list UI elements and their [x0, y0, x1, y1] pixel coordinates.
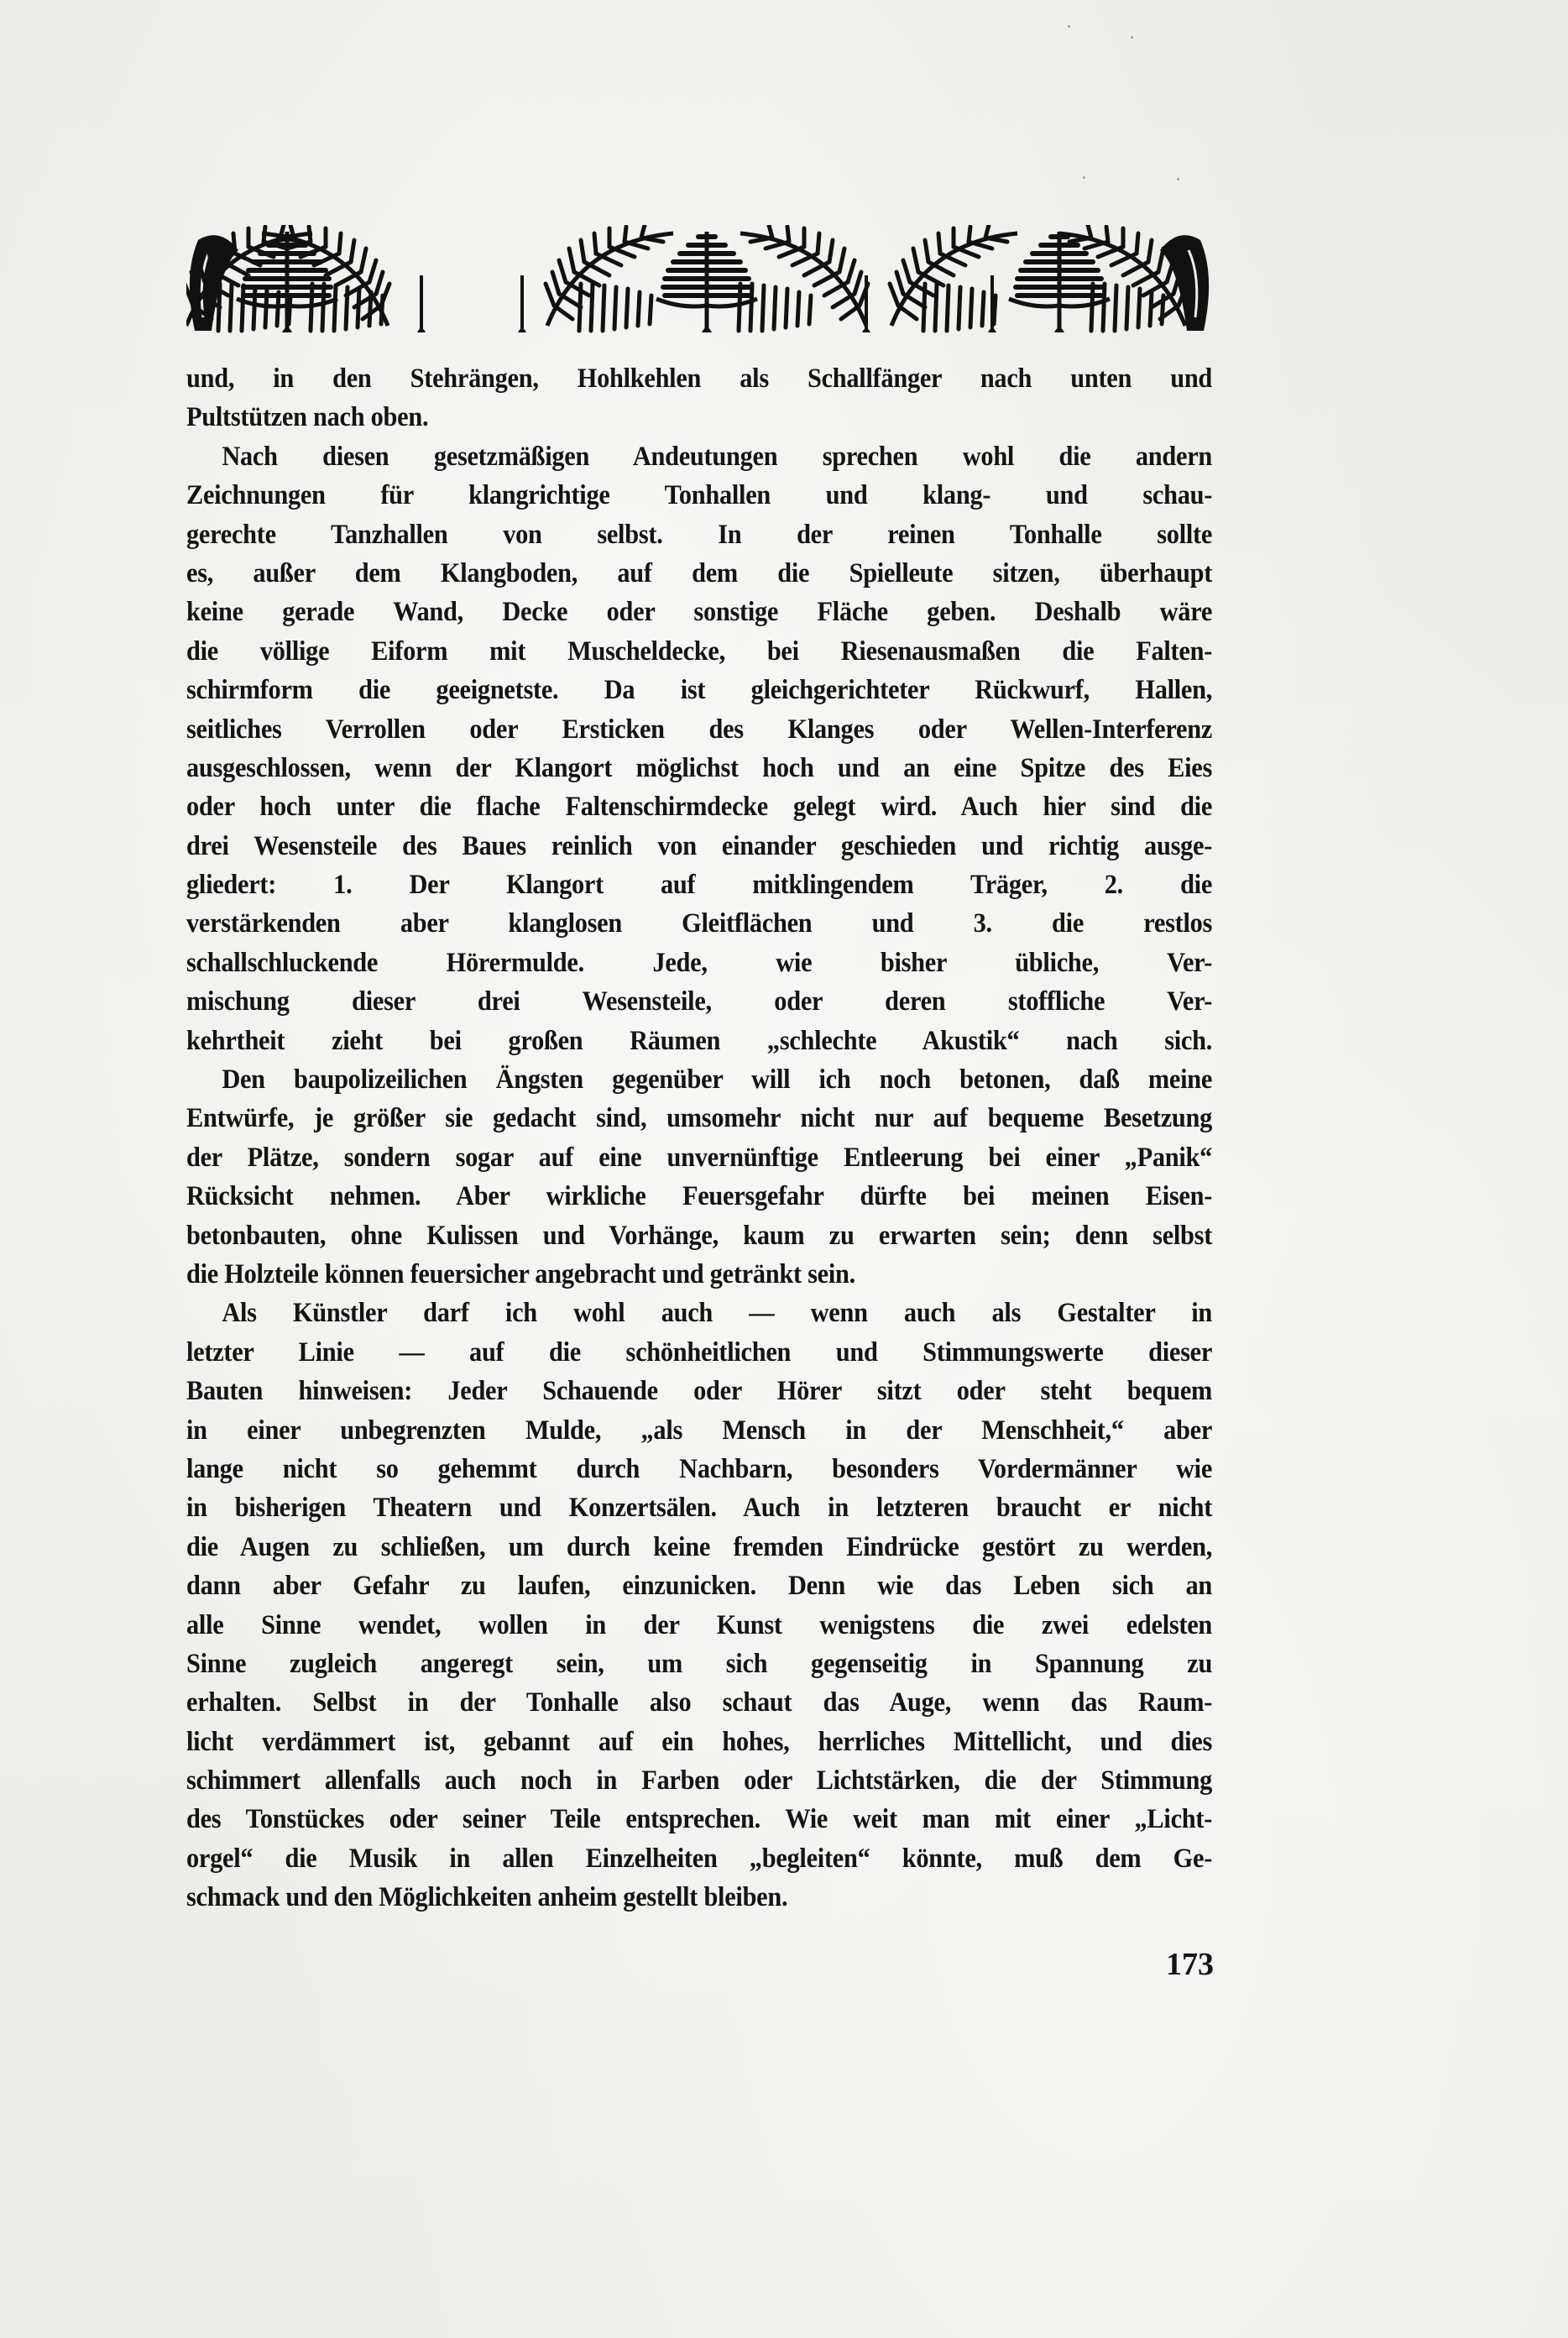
paper-speck: [1068, 25, 1070, 28]
text-line: schmack und den Möglichkeiten anheim ges…: [186, 1878, 1212, 1917]
page-number: 173: [1158, 1946, 1214, 1983]
text-line: erhalten. Selbst in der Tonhalle also sc…: [186, 1683, 1212, 1722]
text-line: schirmform die geeignetste. Da ist gleic…: [186, 671, 1212, 709]
text-line: Rücksicht nehmen. Aber wirkliche Feuersg…: [186, 1177, 1212, 1216]
text-line: betonbauten, ohne Kulissen und Vorhänge,…: [186, 1216, 1212, 1255]
paper-speck: [1131, 36, 1133, 39]
text-line: licht verdämmert ist, gebannt auf ein ho…: [186, 1723, 1212, 1761]
text-line: mischung dieser drei Wesensteile, oder d…: [186, 982, 1212, 1021]
text-line: Bauten hinweisen: Jeder Schauende oder H…: [186, 1372, 1212, 1410]
text-line: kehrtheit zieht bei großen Räumen „schle…: [186, 1022, 1212, 1060]
text-line: die Augen zu schließen, um durch keine f…: [186, 1528, 1212, 1567]
text-line: schallschluckende Hörermulde. Jede, wie …: [186, 944, 1212, 982]
text-line: ausgeschlossen, wenn der Klangort möglic…: [186, 749, 1212, 787]
text-line: gerechte Tanzhallen von selbst. In der r…: [186, 515, 1212, 554]
text-line: gliedert: 1. Der Klangort auf mitklingen…: [186, 866, 1212, 904]
paper-speck: [1083, 176, 1085, 179]
text-line: verstärkenden aber klanglosen Gleitfläch…: [186, 904, 1212, 943]
text-line: dann aber Gefahr zu laufen, einzunicken.…: [186, 1567, 1212, 1605]
text-line: keine gerade Wand, Decke oder sonstige F…: [186, 593, 1212, 631]
text-line: orgel“ die Musik in allen Einzelheiten „…: [186, 1839, 1212, 1878]
text-line: der Plätze, sondern sogar auf eine unver…: [186, 1138, 1212, 1177]
fern-frieze-ornament-icon: [186, 225, 1212, 336]
text-line: Zeichnungen für klangrichtige Tonhallen …: [186, 476, 1212, 515]
paragraph-start-line: Den baupolizeilichen Ängsten gegenüber w…: [186, 1060, 1212, 1099]
text-line: des Tonstückes oder seiner Teile entspre…: [186, 1800, 1212, 1838]
text-line: in einer unbegrenzten Mulde, „als Mensch…: [186, 1411, 1212, 1450]
text-line: Sinne zugleich angeregt sein, um sich ge…: [186, 1645, 1212, 1683]
text-line: und, in den Stehrängen, Hohlkehlen als S…: [186, 359, 1212, 398]
text-line: oder hoch unter die flache Faltenschirmd…: [186, 787, 1212, 826]
paper-speck: [1177, 178, 1179, 180]
text-line: alle Sinne wendet, wollen in der Kunst w…: [186, 1606, 1212, 1645]
text-line: Entwürfe, je größer sie gedacht sind, um…: [186, 1099, 1212, 1138]
body-text: und, in den Stehrängen, Hohlkehlen als S…: [186, 359, 1212, 1917]
text-line: es, außer dem Klangboden, auf dem die Sp…: [186, 554, 1212, 593]
text-line: drei Wesensteile des Baues reinlich von …: [186, 827, 1212, 866]
text-line: in bisherigen Theatern und Konzertsälen.…: [186, 1488, 1212, 1527]
text-line: letzter Linie — auf die schönheitlichen …: [186, 1333, 1212, 1372]
paragraph-start-line: Nach diesen gesetzmäßigen Andeutungen sp…: [186, 437, 1212, 476]
text-line: Pultstützen nach oben.: [186, 398, 1212, 437]
text-line: schimmert allenfalls auch noch in Farben…: [186, 1761, 1212, 1800]
text-line: lange nicht so gehemmt durch Nachbarn, b…: [186, 1450, 1212, 1488]
paragraph-start-line: Als Künstler darf ich wohl auch — wenn a…: [186, 1294, 1212, 1332]
text-line: die Holzteile können feuersicher angebra…: [186, 1255, 1212, 1294]
text-line: die völlige Eiform mit Muscheldecke, bei…: [186, 632, 1212, 671]
text-line: seitliches Verrollen oder Ersticken des …: [186, 710, 1212, 749]
